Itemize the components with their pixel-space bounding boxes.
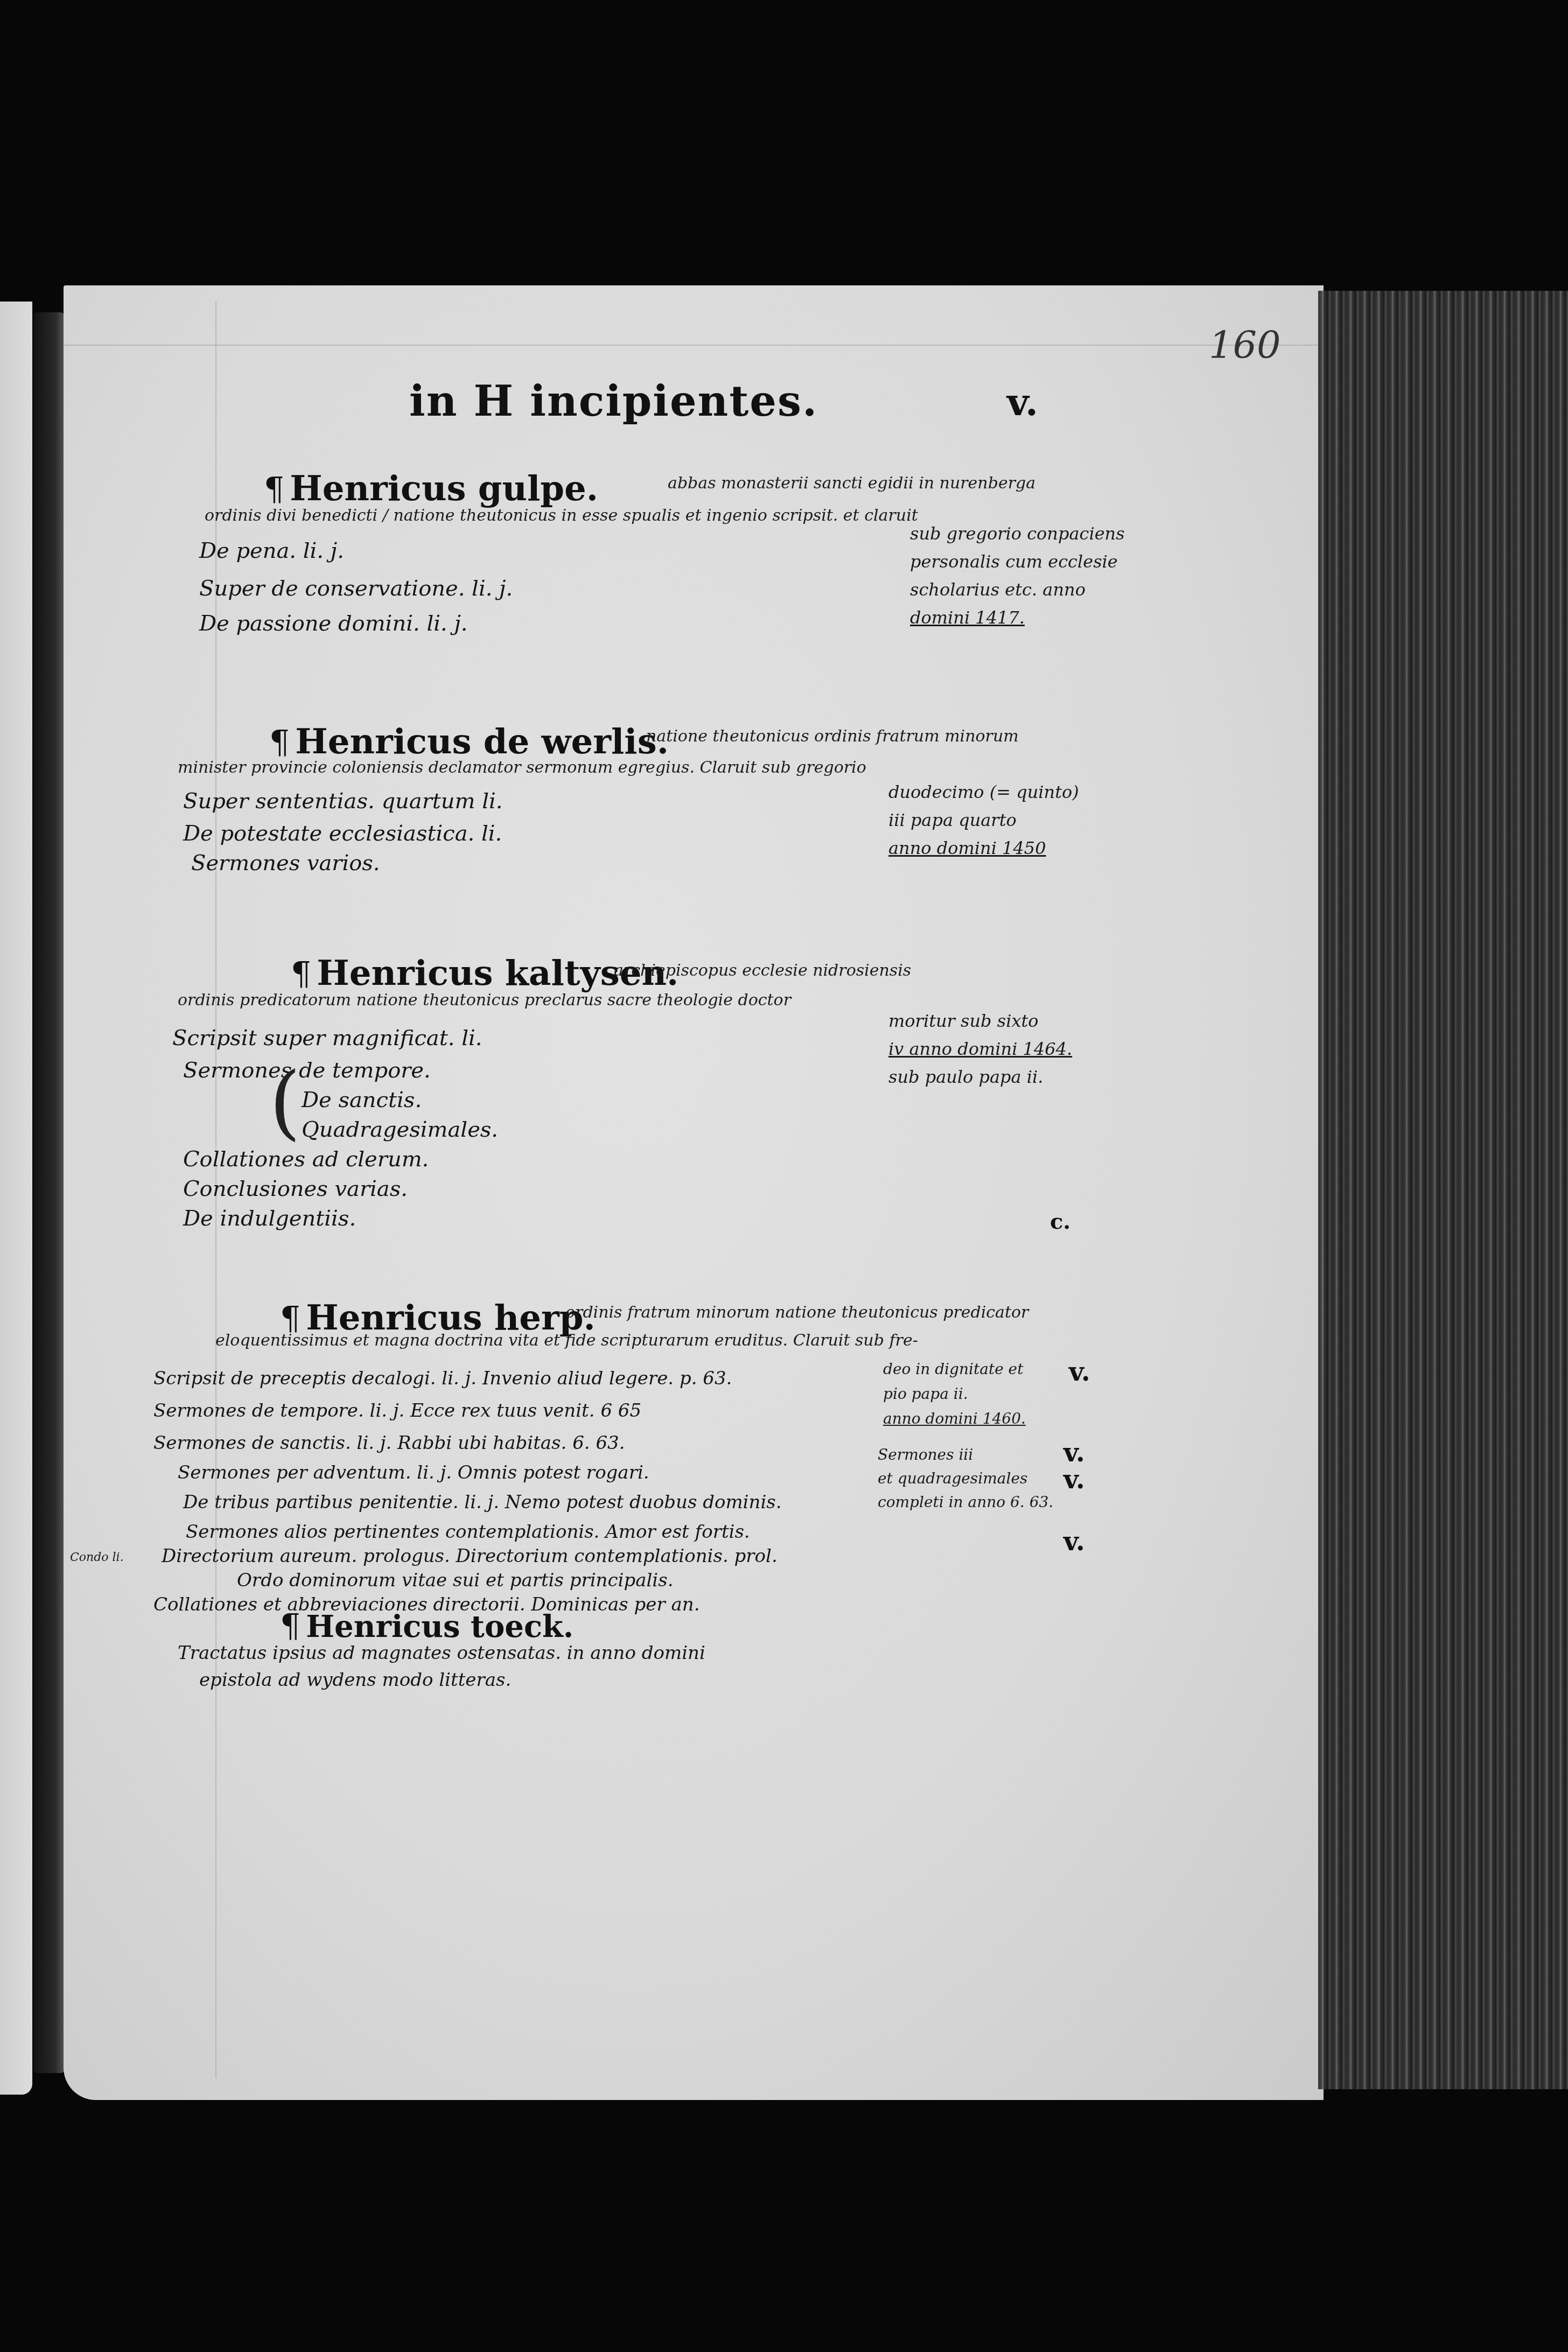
entry-description: ordinis predicatorum natione theutonicus…: [178, 991, 791, 1010]
entry-title: ¶Henricus de werlis.: [269, 722, 669, 762]
work-title: Ordo dominorum vitae sui et partis princ…: [237, 1570, 673, 1591]
work-title: Tractatus ipsius ad magnates ostensatas.…: [178, 1642, 705, 1664]
grouping-bracket: (: [269, 1055, 301, 1149]
work-title: De tribus partibus penitentie. li. j. Ne…: [183, 1492, 782, 1513]
book-fore-edge: [1318, 291, 1568, 2089]
entry-description: ordinis divi benedicti / natione theuton…: [205, 506, 918, 525]
work-title: Super de conservatione. li. j.: [199, 576, 513, 601]
side-note: sub gregorio conpaciens personalis cum e…: [910, 520, 1125, 632]
work-title: Collationes ad clerum.: [183, 1147, 429, 1172]
side-note: moritur sub sixto iv anno domini 1464. s…: [888, 1007, 1072, 1091]
work-title: Sermones de tempore. li. j. Ecce rex tuu…: [153, 1400, 641, 1422]
margin-mark: v.: [1063, 1438, 1085, 1468]
entry-title: ¶Henricus toeck.: [280, 1607, 573, 1645]
side-note: Sermones iii et quadragesimales completi…: [878, 1443, 1053, 1514]
work-title: Scripsit de preceptis decalogi. li. j. I…: [153, 1368, 732, 1389]
book-gutter: [33, 312, 65, 2073]
work-title: Super sententias. quartum li.: [183, 789, 503, 814]
work-title: De passione domini. li. j.: [199, 611, 468, 636]
margin-mark: v.: [1069, 1357, 1090, 1387]
work-title: Conclusiones varias.: [183, 1177, 408, 1201]
pilcrow-icon: ¶: [280, 1607, 300, 1645]
folio-number: 160: [1209, 323, 1281, 367]
work-title: Sermones de tempore.: [183, 1058, 431, 1083]
pilcrow-icon: ¶: [291, 955, 311, 993]
work-title: De sanctis.: [302, 1088, 422, 1112]
work-title: Sermones per adventum. li. j. Omnis pote…: [178, 1462, 649, 1483]
work-title: De potestate ecclesiastica. li.: [183, 821, 502, 846]
left-page-edge: [0, 302, 32, 2095]
pilcrow-icon: ¶: [264, 471, 284, 508]
work-title: Scripsit super magnificat. li.: [172, 1026, 482, 1051]
entry-title: ¶Henricus gulpe.: [264, 468, 598, 509]
ruling-line: [64, 345, 1318, 346]
work-title: Sermones de sanctis. li. j. Rabbi ubi ha…: [153, 1432, 625, 1454]
entry-description: eloquentissimus et magna doctrina vita e…: [215, 1331, 918, 1350]
entry-description: minister provincie coloniensis declamato…: [178, 758, 866, 777]
side-note: deo in dignitate et pio papa ii. anno do…: [883, 1357, 1026, 1431]
section-letter: v.: [1007, 380, 1038, 424]
margin-mark: v.: [1063, 1527, 1085, 1557]
work-title: Quadragesimales.: [302, 1117, 498, 1142]
work-title: De indulgentiis.: [183, 1206, 356, 1231]
page-header: in H incipientes.: [409, 377, 818, 426]
stray-mark: c.: [1050, 1209, 1070, 1234]
entry-description: abbas monasterii sancti egidii in nurenb…: [668, 474, 1035, 493]
work-title: De pena. li. j.: [199, 538, 344, 563]
entry-description: natione theutonicus ordinis fratrum mino…: [646, 727, 1019, 746]
left-margin-note: Condo li.: [70, 1551, 124, 1564]
margin-mark: v.: [1063, 1465, 1085, 1495]
work-title: epistola ad wydens modo litteras.: [199, 1669, 511, 1691]
pilcrow-icon: ¶: [269, 724, 290, 761]
work-title: Sermones varios.: [191, 851, 380, 876]
work-title: Directorium aureum. prologus. Directoriu…: [162, 1545, 778, 1567]
work-title: Sermones alios pertinentes contemplation…: [186, 1521, 750, 1543]
side-note: duodecimo (= quinto) iii papa quarto ann…: [888, 778, 1079, 862]
entry-description: archiepiscopus ecclesie nidrosiensis: [614, 961, 911, 980]
entry-description: ordinis fratrum minorum natione theutoni…: [565, 1303, 1028, 1322]
